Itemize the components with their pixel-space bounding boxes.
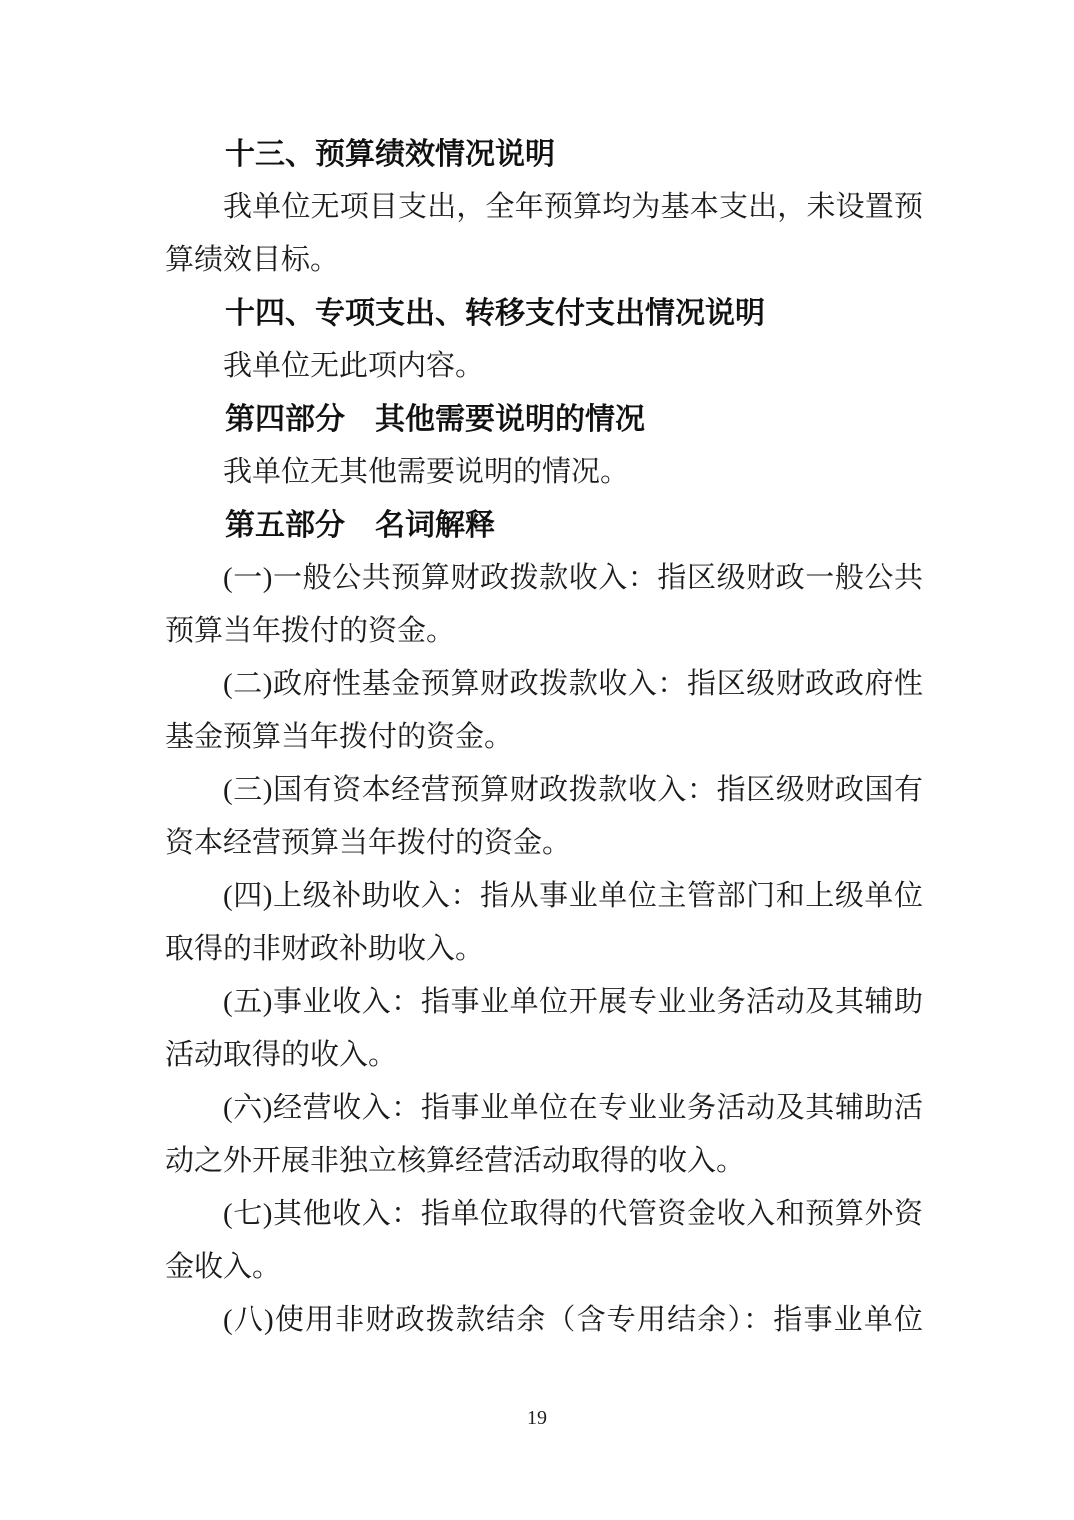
page-number: 19 [0, 1404, 1074, 1432]
paragraph-line: 我单位无其他需要说明的情况。 [165, 446, 923, 499]
heading-line: 第五部分 名词解释 [165, 499, 923, 552]
body-paragraph: (五)事业收入：指事业单位开展专业业务活动及其辅助活动取得的收入。 [165, 976, 923, 1082]
paragraph-line: 资本经营预算当年拨付的资金。 [165, 817, 923, 870]
paragraph-line: 我单位无项目支出，全年预算均为基本支出，未设置预 [165, 181, 923, 234]
paragraph-line: 基金预算当年拨付的资金。 [165, 711, 923, 764]
paragraph-line: 活动取得的收入。 [165, 1029, 923, 1082]
paragraph-line: (六)经营收入：指事业单位在专业业务活动及其辅助活 [165, 1082, 923, 1135]
document-page: 十三、预算绩效情况说明我单位无项目支出，全年预算均为基本支出，未设置预算绩效目标… [0, 0, 1074, 1520]
paragraph-line: 我单位无此项内容。 [165, 340, 923, 393]
section-heading: 十三、预算绩效情况说明 [165, 128, 923, 181]
section-heading: 第五部分 名词解释 [165, 499, 923, 552]
body-paragraph: (一)一般公共预算财政拨款收入：指区级财政一般公共预算当年拨付的资金。 [165, 552, 923, 658]
paragraph-line: (八)使用非财政拨款结余（含专用结余）：指事业单位 [165, 1294, 923, 1347]
paragraph-line: 预算当年拨付的资金。 [165, 605, 923, 658]
body-paragraph: (三)国有资本经营预算财政拨款收入：指区级财政国有资本经营预算当年拨付的资金。 [165, 764, 923, 870]
paragraph-line: (二)政府性基金预算财政拨款收入：指区级财政政府性 [165, 658, 923, 711]
paragraph-line: (七)其他收入：指单位取得的代管资金收入和预算外资 [165, 1188, 923, 1241]
body-paragraph: (六)经营收入：指事业单位在专业业务活动及其辅助活动之外开展非独立核算经营活动取… [165, 1082, 923, 1188]
paragraph-line: 算绩效目标。 [165, 234, 923, 287]
paragraph-line: 动之外开展非独立核算经营活动取得的收入。 [165, 1135, 923, 1188]
body-paragraph: (二)政府性基金预算财政拨款收入：指区级财政政府性基金预算当年拨付的资金。 [165, 658, 923, 764]
section-heading: 十四、专项支出、转移支付支出情况说明 [165, 287, 923, 340]
document-content: 十三、预算绩效情况说明我单位无项目支出，全年预算均为基本支出，未设置预算绩效目标… [165, 128, 923, 1347]
body-paragraph: 我单位无项目支出，全年预算均为基本支出，未设置预算绩效目标。 [165, 181, 923, 287]
paragraph-line: (一)一般公共预算财政拨款收入：指区级财政一般公共 [165, 552, 923, 605]
heading-line: 十四、专项支出、转移支付支出情况说明 [165, 287, 923, 340]
paragraph-line: (四)上级补助收入：指从事业单位主管部门和上级单位 [165, 870, 923, 923]
body-paragraph: (七)其他收入：指单位取得的代管资金收入和预算外资金收入。 [165, 1188, 923, 1294]
paragraph-line: (五)事业收入：指事业单位开展专业业务活动及其辅助 [165, 976, 923, 1029]
section-heading: 第四部分 其他需要说明的情况 [165, 393, 923, 446]
body-paragraph: (四)上级补助收入：指从事业单位主管部门和上级单位取得的非财政补助收入。 [165, 870, 923, 976]
heading-line: 第四部分 其他需要说明的情况 [165, 393, 923, 446]
paragraph-line: 金收入。 [165, 1241, 923, 1294]
body-paragraph: 我单位无其他需要说明的情况。 [165, 446, 923, 499]
body-paragraph: (八)使用非财政拨款结余（含专用结余）：指事业单位 [165, 1294, 923, 1347]
body-paragraph: 我单位无此项内容。 [165, 340, 923, 393]
heading-line: 十三、预算绩效情况说明 [165, 128, 923, 181]
paragraph-line: (三)国有资本经营预算财政拨款收入：指区级财政国有 [165, 764, 923, 817]
paragraph-line: 取得的非财政补助收入。 [165, 923, 923, 976]
